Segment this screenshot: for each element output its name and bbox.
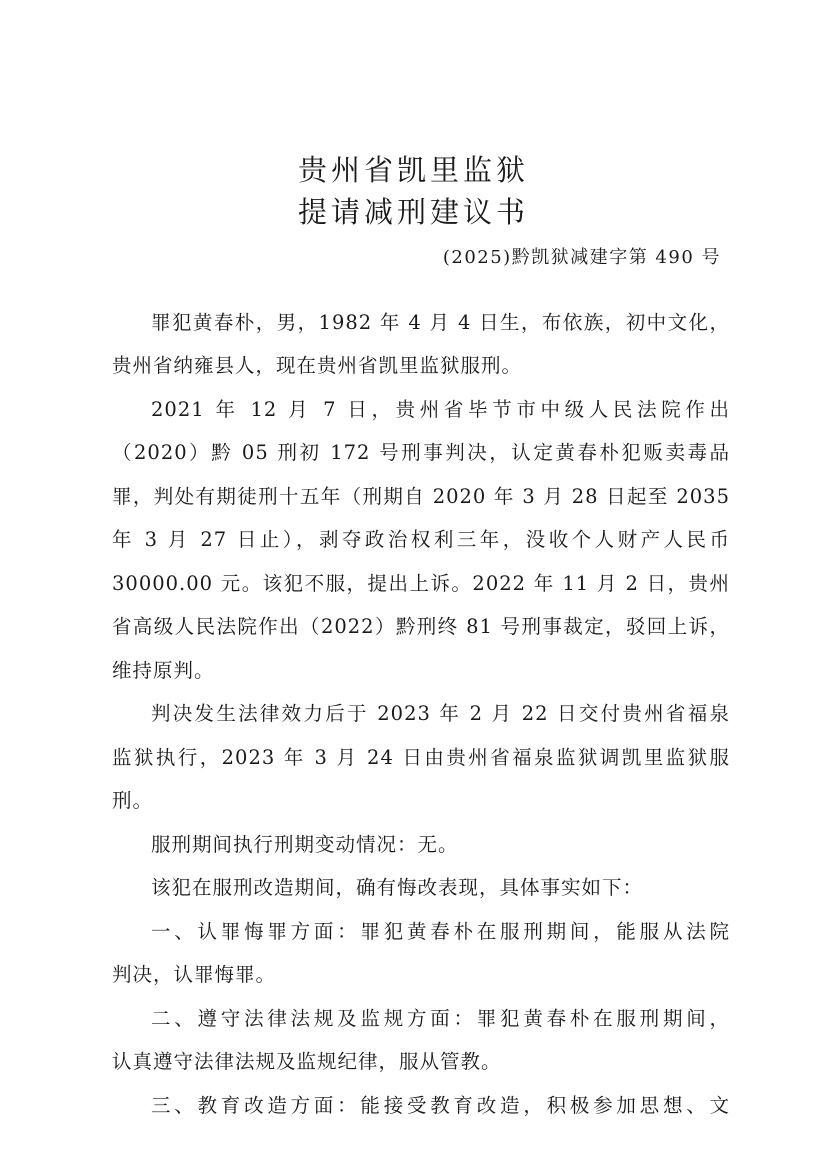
document-title-line2: 提请减刑建议书 bbox=[0, 190, 827, 231]
body-line: 刑。 bbox=[112, 785, 730, 813]
body-line: 罪犯黄春朴，男，1982 年 4 月 4 日生，布依族，初中文化， bbox=[151, 307, 730, 335]
body-line: 年 3 月 27 日止），剥夺政治权利三年，没收个人财产人民币 bbox=[112, 524, 730, 552]
body-line: 贵州省纳雍县人，现在贵州省凯里监狱服刑。 bbox=[112, 350, 730, 378]
document-number: (2025)黔凯狱减建字第 490 号 bbox=[443, 243, 721, 269]
body-line: 认真遵守法律法规及监规纪律，服从管教。 bbox=[112, 1046, 730, 1074]
body-line: 服刑期间执行刑期变动情况：无。 bbox=[151, 829, 730, 857]
body-line: 该犯在服刑改造期间，确有悔改表现，具体事实如下： bbox=[151, 872, 730, 900]
body-line: 罪，判处有期徒刑十五年（刑期自 2020 年 3 月 28 日起至 2035 bbox=[112, 481, 730, 509]
document-title-line1: 贵州省凯里监狱 bbox=[0, 148, 827, 189]
body-line: 30000.00 元。该犯不服，提出上诉。2022 年 11 月 2 日，贵州 bbox=[112, 568, 730, 596]
body-line: 判决发生法律效力后于 2023 年 2 月 22 日交付贵州省福泉 bbox=[151, 698, 730, 726]
body-line: 二、遵守法律法规及监规方面：罪犯黄春朴在服刑期间， bbox=[151, 1003, 730, 1031]
body-line: 省高级人民法院作出（2022）黔刑终 81 号刑事裁定，驳回上诉， bbox=[112, 611, 730, 639]
body-line: 监狱执行，2023 年 3 月 24 日由贵州省福泉监狱调凯里监狱服 bbox=[112, 742, 730, 770]
body-line: 2021 年 12 月 7 日，贵州省毕节市中级人民法院作出 bbox=[151, 394, 730, 422]
body-line: 维持原判。 bbox=[112, 655, 730, 683]
body-line: 判决，认罪悔罪。 bbox=[112, 959, 730, 987]
body-line: 三、教育改造方面：能接受教育改造，积极参加思想、文 bbox=[151, 1090, 730, 1118]
body-line: （2020）黔 05 刑初 172 号刑事判决，认定黄春朴犯贩卖毒品 bbox=[112, 437, 730, 465]
body-line: 一、认罪悔罪方面：罪犯黄春朴在服刑期间，能服从法院 bbox=[151, 916, 730, 944]
